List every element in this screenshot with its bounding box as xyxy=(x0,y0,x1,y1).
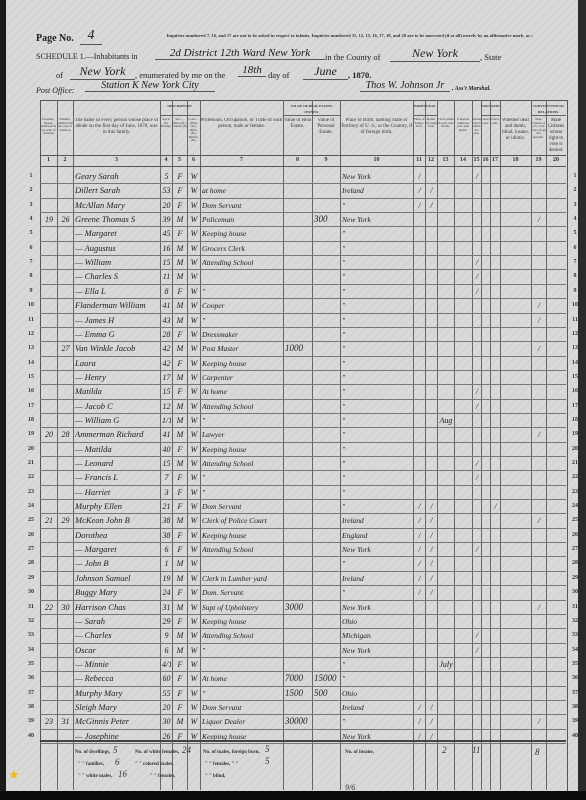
cell-name: Buggy Mary xyxy=(75,587,159,598)
line-number-right: 22 xyxy=(568,472,582,483)
cell-name: McGinnis Peter xyxy=(75,716,159,727)
cell-c11: / xyxy=(415,716,424,727)
cell-birthplace: " xyxy=(342,286,412,297)
group-header-education: EDUCATION. xyxy=(481,103,500,116)
header-rule xyxy=(40,166,566,167)
cell-birthplace: " xyxy=(342,386,412,397)
line-number-left: 10 xyxy=(24,300,38,311)
column-number-10: 10 xyxy=(340,155,413,165)
cell-name: — Charles xyxy=(75,630,159,641)
row-rule xyxy=(40,671,566,672)
cell-name: — Sarah xyxy=(75,616,159,627)
row-rule xyxy=(40,370,566,371)
cell-occupation: Keeping house xyxy=(202,616,282,627)
column-header-4: Age at last birthday. xyxy=(160,118,172,153)
cell-occupation: At home xyxy=(202,386,282,397)
line-number-left: 18 xyxy=(24,415,38,426)
cell-real: 1500 xyxy=(285,688,311,699)
dwellings-label: No. of dwellings, xyxy=(75,750,110,755)
cell-c11: / xyxy=(415,558,424,569)
day-of-label: day of xyxy=(268,70,289,80)
cell-sex: M xyxy=(174,401,186,412)
colored-females-label: " " females, xyxy=(150,774,175,779)
line-number-right: 25 xyxy=(568,515,582,526)
column-number-14: 14 xyxy=(454,155,472,165)
row-rule xyxy=(40,399,566,400)
column-header-13: If born within the year, state month. xyxy=(437,118,454,153)
cell-sex: M xyxy=(174,558,186,569)
cell-birthplace: " xyxy=(342,200,412,211)
cell-birthplace: " xyxy=(342,458,412,469)
cell-family: 29 xyxy=(59,515,72,526)
cell-sex: F xyxy=(174,673,186,684)
cell-color: W xyxy=(189,401,199,412)
cell-occupation: " xyxy=(202,472,282,483)
line-number-right: 32 xyxy=(568,616,582,627)
cell-sex: F xyxy=(174,659,186,670)
line-number-right: 40 xyxy=(568,731,582,742)
cell-sex: M xyxy=(174,271,186,282)
cell-dwelling: 23 xyxy=(42,716,56,727)
cell-c12: / xyxy=(427,716,436,727)
cell-birthplace: Ireland xyxy=(342,515,412,526)
district-field: 2d District 12th Ward New York xyxy=(155,47,325,60)
cell-birthplace: New York xyxy=(342,544,412,555)
cell-name: — Minnie xyxy=(75,659,159,670)
column-header-1: Dwelling-houses, numbered in the order o… xyxy=(40,118,57,153)
cell-dwelling: 19 xyxy=(42,214,56,225)
cell-c11: / xyxy=(415,515,424,526)
cell-name: — John B xyxy=(75,558,159,569)
cell-name: Harrison Chas xyxy=(75,602,159,613)
column-header-16: Cannot read. xyxy=(481,118,490,153)
cell-sex: M xyxy=(174,716,186,727)
cell-birthplace: New York xyxy=(342,602,412,613)
cell-c12: / xyxy=(427,573,436,584)
cell-color: W xyxy=(189,185,199,196)
cell-occupation: Cooper xyxy=(202,300,282,311)
line-number-left: 15 xyxy=(24,372,38,383)
line-number-left: 36 xyxy=(24,673,38,684)
cell-color: W xyxy=(189,544,199,555)
cell-name: Geary Sarah xyxy=(75,171,159,182)
cell-occupation: Keeping house xyxy=(202,530,282,541)
line-number-left: 30 xyxy=(24,587,38,598)
cell-age: 60 xyxy=(162,673,171,684)
marshal-signature: Thos W. Johnson Jr xyxy=(360,80,450,92)
cell-c15: / xyxy=(474,286,480,297)
column-number-18: 18 xyxy=(500,155,531,165)
cell-c11: / xyxy=(415,171,424,182)
row-rule xyxy=(40,556,566,557)
column-header-10: Place of Birth, naming State or Territor… xyxy=(340,118,413,153)
column-header-3: The name of every person whose place of … xyxy=(73,118,160,153)
schedule-label: SCHEDULE 1.—Inhabitants in xyxy=(36,52,138,61)
cell-birthplace: " xyxy=(342,228,412,239)
cell-c11: / xyxy=(415,501,424,512)
cell-name: — Francis L xyxy=(75,472,159,483)
cell-name: — Augustus xyxy=(75,243,159,254)
cell-dwelling: 21 xyxy=(42,515,56,526)
cell-age: 8 xyxy=(162,286,171,297)
line-number-right: 24 xyxy=(568,501,582,512)
line-number-right: 16 xyxy=(568,386,582,397)
cell-age: 24 xyxy=(162,587,171,598)
cell-dwelling: 22 xyxy=(42,602,56,613)
row-rule xyxy=(40,485,566,486)
cell-sex: F xyxy=(174,329,186,340)
line-number-right: 1 xyxy=(568,171,582,182)
year-label: , 1870. xyxy=(348,70,371,80)
cell-name: — Emma G xyxy=(75,329,159,340)
cell-sex: F xyxy=(174,487,186,498)
cell-color: W xyxy=(189,286,199,297)
line-number-right: 6 xyxy=(568,243,582,254)
cell-c19: / xyxy=(533,300,545,311)
cell-color: W xyxy=(189,200,199,211)
total-col15: 11 xyxy=(472,745,480,755)
cell-c19: / xyxy=(533,602,545,613)
row-rule xyxy=(40,657,566,658)
line-number-right: 14 xyxy=(568,358,582,369)
cell-color: W xyxy=(189,602,199,613)
cell-occupation: Keeping house xyxy=(202,358,282,369)
column-number-15: 15 xyxy=(472,155,481,165)
cell-sex: F xyxy=(174,472,186,483)
cell-birthplace: " xyxy=(342,659,412,670)
cell-birthplace: " xyxy=(342,372,412,383)
line-number-left: 11 xyxy=(24,315,38,326)
blind-label: " " blind, xyxy=(205,774,225,779)
families-label: " " families, xyxy=(78,762,104,767)
cell-sex: F xyxy=(174,286,186,297)
cell-occupation: at home xyxy=(202,185,282,196)
cell-c19: / xyxy=(533,716,545,727)
cell-occupation: Dom Servant xyxy=(202,702,282,713)
column-header-19: Male Citizens of U.S. of 21 years of age… xyxy=(531,118,546,153)
scan-bottom-edge xyxy=(0,791,586,800)
cell-real: 7000 xyxy=(285,673,311,684)
line-number-left: 12 xyxy=(24,329,38,340)
cell-personal: 15000 xyxy=(314,673,339,684)
cell-sex: F xyxy=(174,616,186,627)
column-number-5: 5 xyxy=(172,155,187,165)
cell-sex: M xyxy=(174,458,186,469)
insane-label: No. of insane, xyxy=(345,750,374,755)
cell-sex: M xyxy=(174,515,186,526)
white-females-label: No. of white females, xyxy=(135,750,179,755)
cell-name: — Josephine xyxy=(75,731,159,742)
column-header-9: Value of Personal Estate. xyxy=(312,118,340,153)
line-number-left: 3 xyxy=(24,200,38,211)
line-number-right: 30 xyxy=(568,587,582,598)
cell-birthplace: " xyxy=(342,415,412,426)
cell-c12: / xyxy=(427,558,436,569)
cell-birthplace: England xyxy=(342,530,412,541)
cell-birthplace: Ohio xyxy=(342,616,412,627)
cell-color: W xyxy=(189,659,199,670)
cell-birthplace: " xyxy=(342,587,412,598)
cell-birthplace: " xyxy=(342,401,412,412)
cell-occupation: At home xyxy=(202,673,282,684)
row-rule xyxy=(40,729,566,730)
cell-age: 9 xyxy=(162,630,171,641)
cell-sex: M xyxy=(174,372,186,383)
line-number-left: 9 xyxy=(24,286,38,297)
cell-birthplace: New York xyxy=(342,171,412,182)
cell-c19: / xyxy=(533,429,545,440)
row-rule xyxy=(40,341,566,342)
row-rule xyxy=(40,513,566,514)
cell-occupation: Dom Servant xyxy=(202,200,282,211)
cell-occupation: Clerk of Police Court xyxy=(202,515,282,526)
cell-age: 26 xyxy=(162,731,171,742)
line-number-right: 33 xyxy=(568,630,582,641)
cell-family: 30 xyxy=(59,602,72,613)
cell-age: 19 xyxy=(162,573,171,584)
cell-name: Murphy Mary xyxy=(75,688,159,699)
white-females-count: 24 xyxy=(182,745,191,755)
cell-age: 29 xyxy=(162,616,171,627)
cell-age: 15 xyxy=(162,386,171,397)
line-number-left: 34 xyxy=(24,645,38,656)
row-rule xyxy=(40,313,566,314)
cell-sex: F xyxy=(174,386,186,397)
cell-name: — Henry xyxy=(75,372,159,383)
cell-occupation: " xyxy=(202,688,282,699)
day-field: 18th xyxy=(238,64,266,77)
cell-color: W xyxy=(189,673,199,684)
row-rule xyxy=(40,226,566,227)
families-count: 6 xyxy=(115,757,120,767)
cell-color: W xyxy=(189,702,199,713)
row-rule xyxy=(40,269,566,270)
cell-occupation: Attending School xyxy=(202,544,282,555)
cell-name: — Charles S xyxy=(75,271,159,282)
cell-age: 30 xyxy=(162,716,171,727)
cell-name: — Leonard xyxy=(75,458,159,469)
row-rule xyxy=(40,528,566,529)
cell-age: 6 xyxy=(162,645,171,656)
column-number-20: 20 xyxy=(546,155,566,165)
cell-occupation: " xyxy=(202,286,282,297)
cell-color: W xyxy=(189,573,199,584)
cell-family: 27 xyxy=(59,343,72,354)
cell-name: Matilda xyxy=(75,386,159,397)
cell-birthplace: " xyxy=(342,243,412,254)
cell-sex: F xyxy=(174,702,186,713)
cell-name: Laura xyxy=(75,358,159,369)
highlight-star-icon[interactable]: ★ xyxy=(8,768,20,781)
cell-c11: / xyxy=(415,200,424,211)
line-number-left: 14 xyxy=(24,358,38,369)
line-number-left: 5 xyxy=(24,228,38,239)
line-number-left: 31 xyxy=(24,602,38,613)
line-number-right: 21 xyxy=(568,458,582,469)
line-number-left: 17 xyxy=(24,401,38,412)
line-number-left: 19 xyxy=(24,429,38,440)
cell-occupation: " xyxy=(202,645,282,656)
cell-sex: F xyxy=(174,688,186,699)
line-number-right: 15 xyxy=(568,372,582,383)
row-rule xyxy=(40,585,566,586)
cell-age: 42 xyxy=(162,358,171,369)
cell-color: W xyxy=(189,472,199,483)
cell-c15: / xyxy=(474,257,480,268)
cell-color: W xyxy=(189,257,199,268)
colored-males-label: " " colored males, xyxy=(135,762,174,767)
cell-age: 12 xyxy=(162,401,171,412)
cell-birthplace: " xyxy=(342,487,412,498)
cell-c11: / xyxy=(415,702,424,713)
line-number-left: 27 xyxy=(24,544,38,555)
cell-birthplace: " xyxy=(342,315,412,326)
row-rule xyxy=(40,628,566,629)
cell-name: — Margaret xyxy=(75,228,159,239)
cell-occupation: Dressmaker xyxy=(202,329,282,340)
cell-birthplace: Michigan xyxy=(342,630,412,641)
cell-color: W xyxy=(189,343,199,354)
cell-color: W xyxy=(189,358,199,369)
cell-occupation: Clerk in Lumber yard xyxy=(202,573,282,584)
cell-c15: / xyxy=(474,386,480,397)
foreign-females-label: " " females, " " xyxy=(205,762,238,767)
cell-c12: / xyxy=(427,702,436,713)
cell-age: 15 xyxy=(162,257,171,268)
column-header-6: Color.—White (W.), Black (B.), Mulatto (… xyxy=(187,118,200,153)
line-number-right: 34 xyxy=(568,645,582,656)
cell-name: Oscar xyxy=(75,645,159,656)
cell-age: 28 xyxy=(162,329,171,340)
cell-age: 40 xyxy=(162,444,171,455)
cell-c13: July xyxy=(439,659,453,670)
cell-occupation: Lawyer xyxy=(202,429,282,440)
cell-color: W xyxy=(189,372,199,383)
cell-c15: / xyxy=(474,630,480,641)
cell-occupation: Attending School xyxy=(202,630,282,641)
column-header-20: Male Citizens whose right to vote is den… xyxy=(546,118,566,153)
cell-c15: / xyxy=(474,645,480,656)
cell-color: W xyxy=(189,487,199,498)
cell-c11: / xyxy=(415,587,424,598)
state-label: , State xyxy=(480,52,501,62)
column-number-6: 6 xyxy=(187,155,200,165)
line-number-left: 25 xyxy=(24,515,38,526)
column-number-16: 16 xyxy=(481,155,490,165)
column-number-4: 4 xyxy=(160,155,172,165)
cell-sex: M xyxy=(174,573,186,584)
row-rule xyxy=(40,284,566,285)
cell-name: — Rebecca xyxy=(75,673,159,684)
line-number-right: 11 xyxy=(568,315,582,326)
column-number-11: 11 xyxy=(413,155,425,165)
cell-color: W xyxy=(189,386,199,397)
cell-color: W xyxy=(189,415,199,426)
column-header-5: Sex.—Males (M.), Females (F.) xyxy=(172,118,187,153)
cell-color: W xyxy=(189,429,199,440)
cell-color: W xyxy=(189,444,199,455)
line-number-right: 26 xyxy=(568,530,582,541)
cell-color: W xyxy=(189,228,199,239)
column-number-1: 1 xyxy=(40,155,57,165)
line-number-left: 29 xyxy=(24,573,38,584)
cell-occupation: Attending School xyxy=(202,458,282,469)
line-number-left: 38 xyxy=(24,702,38,713)
line-number-left: 22 xyxy=(24,472,38,483)
cell-name: McKeon John B xyxy=(75,515,159,526)
group-header-constitutional: CONSTITUTIONAL RELATIONS. xyxy=(531,103,566,116)
row-rule xyxy=(40,614,566,615)
cell-birthplace: Ohio xyxy=(342,688,412,699)
cell-color: W xyxy=(189,587,199,598)
cell-birthplace: " xyxy=(342,673,412,684)
cell-c15: / xyxy=(474,544,480,555)
cell-c17: / xyxy=(492,501,499,512)
line-number-right: 36 xyxy=(568,673,582,684)
line-number-left: 39 xyxy=(24,716,38,727)
row-rule xyxy=(40,384,566,385)
cell-personal: 500 xyxy=(314,688,339,699)
row-rule xyxy=(40,542,566,543)
cell-sex: M xyxy=(174,602,186,613)
line-number-right: 2 xyxy=(568,185,582,196)
line-number-left: 20 xyxy=(24,444,38,455)
row-rule xyxy=(40,714,566,715)
cell-sex: F xyxy=(174,185,186,196)
column-number-2: 2 xyxy=(57,155,73,165)
row-rule xyxy=(40,499,566,500)
cell-birthplace: " xyxy=(342,358,412,369)
cell-age: 4/12 xyxy=(162,659,171,670)
line-number-left: 21 xyxy=(24,458,38,469)
cell-c11: / xyxy=(415,185,424,196)
cell-age: 42 xyxy=(162,343,171,354)
cell-sex: F xyxy=(174,358,186,369)
column-header-2: Families, numbered in the order of visit… xyxy=(57,118,73,153)
cell-color: W xyxy=(189,501,199,512)
group-header-description: DESCRIPTION. xyxy=(160,103,200,116)
cell-name: — William xyxy=(75,257,159,268)
cell-birthplace: " xyxy=(342,329,412,340)
line-number-right: 38 xyxy=(568,702,582,713)
dwellings-count: 5 xyxy=(113,745,118,755)
total-col19: 8 xyxy=(535,747,540,757)
cell-birthplace: New York xyxy=(342,731,412,742)
cell-age: 31 xyxy=(162,602,171,613)
cell-c19: / xyxy=(533,343,545,354)
marshal-label: , Ass't Marshal. xyxy=(452,86,491,92)
row-rule xyxy=(40,413,566,414)
cell-age: 39 xyxy=(162,214,171,225)
line-number-left: 35 xyxy=(24,659,38,670)
cell-age: 43 xyxy=(162,315,171,326)
column-header-18: Whether deaf and dumb, blind, insane, or… xyxy=(500,118,531,153)
column-number-7: 7 xyxy=(200,155,283,165)
cell-birthplace: New York xyxy=(342,645,412,656)
row-rule xyxy=(40,198,566,199)
cell-occupation: Keeping house xyxy=(202,444,282,455)
cell-birthplace: New York xyxy=(342,214,412,225)
line-number-right: 27 xyxy=(568,544,582,555)
cell-age: 3 xyxy=(162,487,171,498)
line-number-right: 17 xyxy=(568,401,582,412)
cell-color: W xyxy=(189,458,199,469)
cell-name: Flanderman William xyxy=(75,300,159,311)
line-number-right: 5 xyxy=(568,228,582,239)
cell-name: Johnson Samuel xyxy=(75,573,159,584)
line-number-left: 26 xyxy=(24,530,38,541)
line-number-left: 32 xyxy=(24,616,38,627)
